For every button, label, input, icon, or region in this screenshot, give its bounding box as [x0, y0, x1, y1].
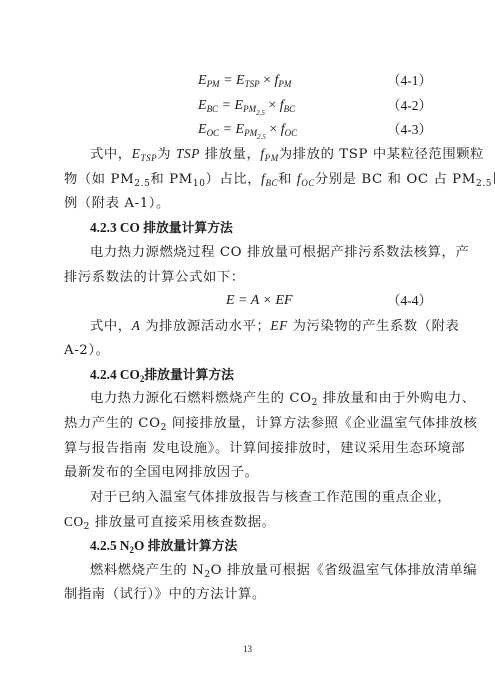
- eq-symbol: E: [198, 98, 207, 113]
- paragraph-line: 算与报告指南 发电设施》。计算间接排放时，建议采用生态环境部: [64, 440, 432, 458]
- eq-subscript: BC: [207, 104, 219, 114]
- eq-subscript: PM: [244, 128, 257, 138]
- paragraph-line: 燃料燃烧产生的 N2O 排放量可根据《省级温室气体排放清单编: [90, 562, 432, 580]
- eq-operator: ×: [263, 73, 271, 88]
- document-page: EPM = ETSP × fPM （4-1） EBC = EPM2.5 × fB…: [0, 0, 495, 699]
- text: 排放量，: [200, 147, 260, 162]
- text: 10: [193, 179, 206, 189]
- equation-number: （4-4）: [387, 292, 432, 310]
- eq-symbol: E: [198, 122, 207, 137]
- text: TSP: [176, 146, 200, 161]
- equation-4-2: EBC = EPM2.5 × fBC: [198, 97, 295, 115]
- text: 物（如 PM: [64, 172, 134, 187]
- text: O 排放量可根据《省级温室气体排放清单编: [211, 563, 477, 578]
- eq-subscript: BC: [284, 104, 296, 114]
- text: 间接排放量，计算方法参照《企业温室气体排放核: [167, 416, 478, 431]
- heading-title: 排放量计算方法: [144, 368, 234, 383]
- paragraph-line: 制指南（试行）》中的方法计算。: [64, 586, 432, 604]
- paragraph-line: CO2 排放量可直接采用核查数据。: [64, 513, 432, 532]
- eq-subsubscript: 2.5: [257, 133, 266, 141]
- eq-symbol: E: [198, 73, 207, 88]
- eq-subscript: TSP: [245, 79, 260, 89]
- paragraph-line: 电力热力源化石燃料燃烧产生的 CO2 排放量和由于外购电力、: [90, 390, 432, 408]
- text: EF: [270, 318, 287, 333]
- text: 排放量可直接采用核查数据。: [90, 515, 276, 530]
- text: 式中，: [90, 319, 132, 334]
- equation-number: （4-1）: [387, 72, 432, 90]
- equation-4-3: EOC = EPM2.5 × fOC: [198, 121, 297, 139]
- eq-subsubscript: 2.5: [256, 109, 265, 117]
- text: 为污染物的产生系数（附表: [288, 319, 460, 334]
- text: 2.5: [134, 179, 150, 189]
- paragraph-line: 对于已纳入温室气体排放报告与核查工作范围的重点企业，: [90, 489, 432, 507]
- paragraph-line: 排污系数法的计算公式如下：: [64, 269, 432, 287]
- eq-symbol: E: [235, 98, 244, 113]
- text: 电力热力源化石燃料燃烧产生的 CO: [90, 391, 312, 406]
- eq-subscript: PM: [207, 79, 220, 89]
- paragraph-line: A-2）。: [64, 342, 432, 360]
- text: 式中，: [90, 147, 132, 162]
- paragraph-line: 物（如 PM2.5和 PM10）占比，fBC和 fOC分别是 BC 和 OC 占…: [64, 170, 432, 189]
- paragraph-line: 例（附表 A-1）。: [64, 195, 432, 213]
- paragraph-line: 电力热力源燃烧过程 CO 排放量可根据产排污系数法核算，产: [90, 244, 432, 262]
- paragraph-line: 式中，ETSP为 TSP 排放量，fPM为排放的 TSP 中某粒径范围颗粒: [90, 145, 432, 164]
- eq-subscript: OC: [285, 128, 298, 138]
- paragraph-line: 式中，A 为排放源活动水平；EF 为污染物的产生系数（附表: [90, 317, 432, 336]
- section-heading-4-2-3: 4.2.3 CO 排放量计算方法: [90, 219, 233, 238]
- equation-number: （4-2）: [387, 97, 432, 115]
- text: 和 PM: [150, 172, 193, 187]
- paragraph-line: 热力产生的 CO2 间接排放量，计算方法参照《企业温室气体排放核: [64, 415, 432, 433]
- page-number: 13: [0, 644, 495, 654]
- eq-operator: ×: [269, 122, 277, 137]
- heading-title: 排放量计算方法: [148, 539, 238, 554]
- eq-subscript: OC: [207, 128, 220, 138]
- text: OC: [301, 178, 315, 188]
- text: TSP: [140, 153, 157, 163]
- heading-title: 排放量计算方法: [143, 221, 233, 236]
- text: 为: [157, 147, 176, 162]
- text: 和: [278, 172, 297, 187]
- equation-4-4: E = A × EF: [226, 292, 293, 310]
- text: PM: [265, 153, 279, 163]
- eq-symbol: E: [236, 122, 245, 137]
- text: 热力产生的 CO: [64, 416, 161, 431]
- section-heading-4-2-5: 4.2.5 N2O 排放量计算方法: [90, 537, 237, 556]
- text: BC: [265, 178, 278, 188]
- text: 为排放源活动水平；: [140, 319, 270, 334]
- paragraph-line: 最新发布的全国电网排放因子。: [64, 464, 432, 482]
- text: ）占比，: [206, 172, 262, 187]
- text: 为排放的 TSP 中某粒径范围颗粒: [279, 147, 484, 162]
- eq-symbol: E: [236, 73, 245, 88]
- heading-number: 4.2.4 CO: [90, 367, 140, 382]
- section-heading-4-2-4: 4.2.4 CO2排放量计算方法: [90, 366, 234, 385]
- heading-number: 4.2.3 CO: [90, 220, 143, 235]
- eq-subscript: PM: [278, 79, 291, 89]
- heading-number: O: [134, 538, 148, 553]
- text: 分别是 BC 和 OC 占 PM: [315, 172, 476, 187]
- heading-number: 4.2.5 N: [90, 538, 130, 553]
- text: 排放量和由于外购电力、: [318, 391, 476, 406]
- eq-subscript: PM: [243, 104, 256, 114]
- eq-operator: ×: [268, 98, 276, 113]
- equation-number: （4-3）: [387, 121, 432, 139]
- text: CO: [64, 514, 84, 529]
- text: 2.5: [476, 179, 492, 189]
- text: 燃料燃烧产生的 N: [90, 563, 204, 578]
- equation-4-1: EPM = ETSP × fPM: [198, 72, 291, 90]
